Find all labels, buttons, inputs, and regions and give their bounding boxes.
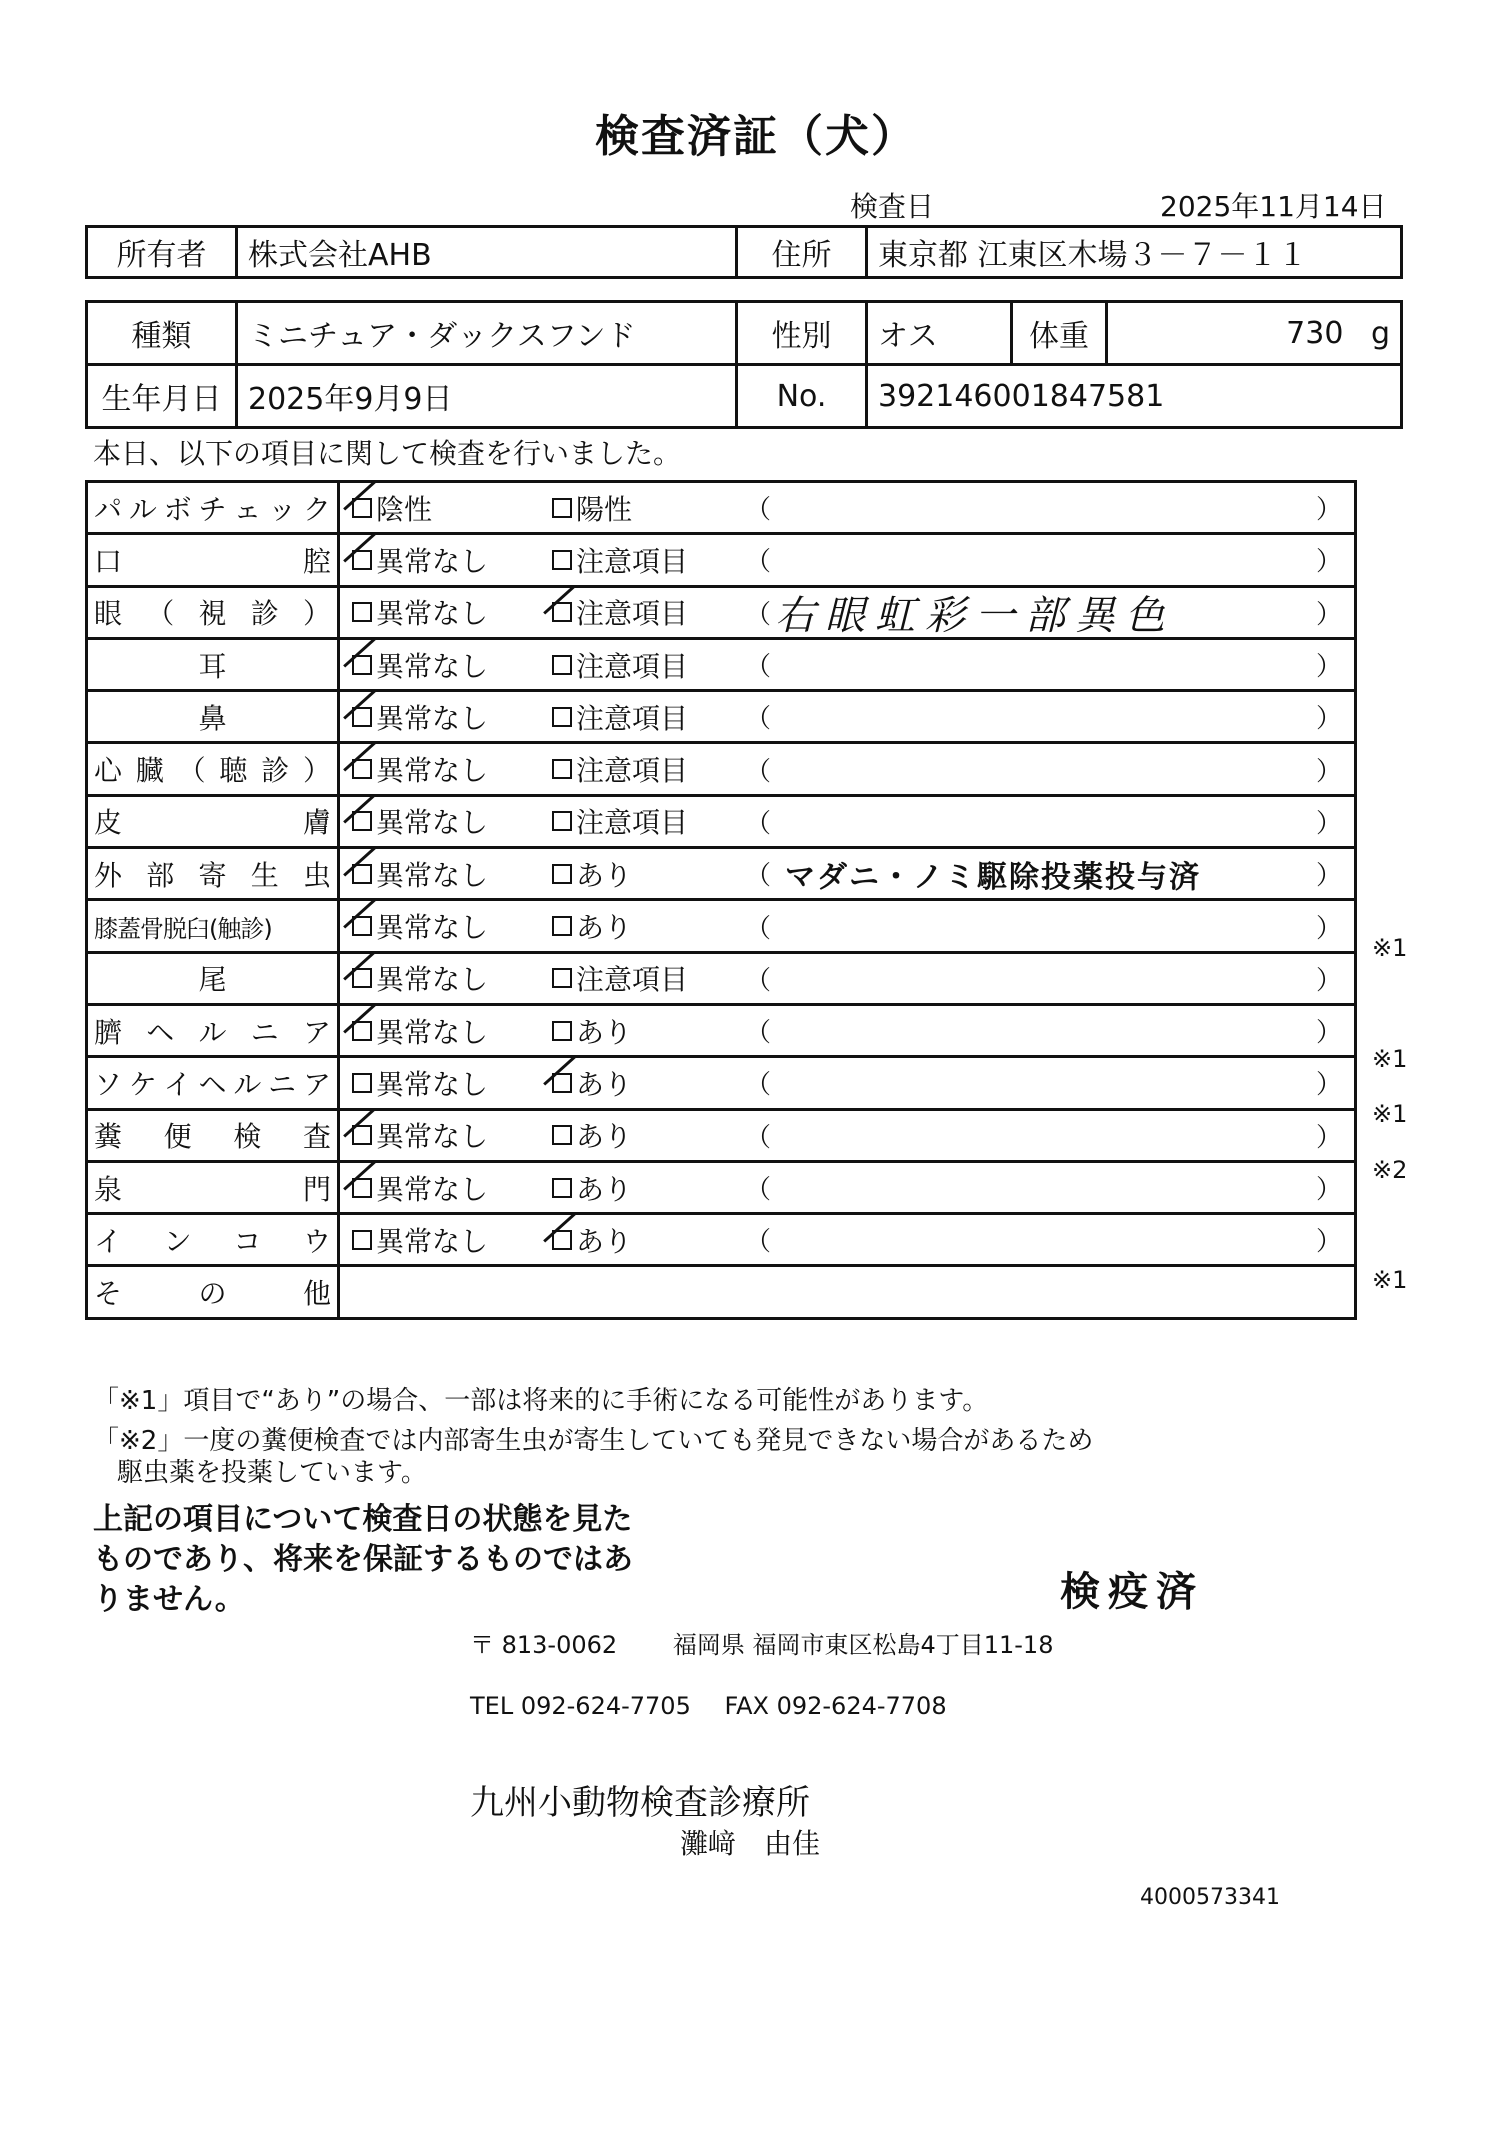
checked-box-icon[interactable] xyxy=(352,1021,372,1041)
exam-item-char: 査 xyxy=(303,1115,331,1155)
option-normal-label: 異常なし xyxy=(376,697,488,737)
exam-item-label: パルボチェック xyxy=(87,482,339,534)
footnote-mark: ※1 xyxy=(1372,934,1407,962)
option-abnormal-label: 注意項目 xyxy=(576,645,688,685)
footnote-mark: ※1 xyxy=(1372,1266,1407,1294)
option-abnormal[interactable]: 注意項目 xyxy=(552,958,688,998)
option-abnormal[interactable]: あり xyxy=(552,854,632,894)
exam-item-char: ク xyxy=(303,488,331,528)
exam-item-label: 心臓（聴診） xyxy=(87,743,339,795)
option-normal[interactable]: 異常なし xyxy=(352,801,488,841)
exam-item-char: 耳 xyxy=(198,645,226,685)
exam-item-char: 便 xyxy=(164,1115,192,1155)
owner-label: 所有者 xyxy=(87,227,237,278)
breed-label: 種類 xyxy=(87,302,237,365)
paren-open: （ xyxy=(745,541,771,578)
checkbox-icon[interactable] xyxy=(552,968,572,988)
exam-row: 外部寄生虫 異常なし あり （ マダニ・ノミ駆除投薬投与済 ） xyxy=(87,848,1356,900)
exam-result-cell: 異常なし 注意項目 （ ） xyxy=(339,691,1356,743)
exam-note: 右眼虹彩一部異色 xyxy=(775,586,1175,638)
checked-box-icon[interactable] xyxy=(352,707,372,727)
checkbox-icon[interactable] xyxy=(552,759,572,779)
footnote-2-continued: 駆虫薬を投薬しています。 xyxy=(117,1452,427,1489)
clinic-fax: FAX 092-624-7708 xyxy=(724,1692,946,1720)
option-normal[interactable]: 異常なし xyxy=(352,645,488,685)
checked-box-icon[interactable] xyxy=(352,498,372,518)
exam-result-cell: 異常なし 注意項目 （ 右眼虹彩一部異色 ） xyxy=(339,586,1356,638)
paren-close: ） xyxy=(1316,646,1342,683)
exam-result-cell: 陰性 陽性 （ ） xyxy=(339,482,1356,534)
quarantine-stamp: 検疫済 xyxy=(1060,1560,1204,1617)
exam-item-char: 眼 xyxy=(94,592,122,632)
exam-row: 皮膚 異常なし 注意項目 （ ） xyxy=(87,795,1356,847)
exam-item-char: 尾 xyxy=(198,958,226,998)
sex-label: 性別 xyxy=(737,302,867,365)
option-normal-label: 異常なし xyxy=(376,540,488,580)
exam-item-char: （ xyxy=(178,749,206,789)
exam-row-other: その他 xyxy=(87,1266,1356,1318)
option-abnormal[interactable]: あり xyxy=(552,1011,632,1051)
exam-row: 鼻 異常なし 注意項目 （ ） xyxy=(87,691,1356,743)
option-abnormal-label: あり xyxy=(576,1115,632,1155)
checked-box-icon[interactable] xyxy=(352,916,372,936)
checked-box-icon[interactable] xyxy=(352,1125,372,1145)
exam-item-label: 糞便検査 xyxy=(87,1109,339,1161)
option-normal[interactable]: 異常なし xyxy=(352,1011,488,1051)
owner-value: 株式会社AHB xyxy=(237,227,737,278)
option-normal-label: 異常なし xyxy=(376,592,488,632)
exam-row: 尾 異常なし 注意項目 （ ） xyxy=(87,952,1356,1004)
paren-close: ） xyxy=(1316,541,1342,578)
checked-box-icon[interactable] xyxy=(352,1178,372,1198)
birth-value: 2025年9月9日 xyxy=(237,365,737,428)
exam-result-cell: 異常なし 注意項目 （ ） xyxy=(339,534,1356,586)
checkbox-icon[interactable] xyxy=(552,707,572,727)
exam-row: 泉門 異常なし あり （ ） xyxy=(87,1161,1356,1213)
paren-close: ） xyxy=(1316,1012,1342,1049)
exam-row: 膝蓋骨脱臼(触診) 異常なし あり （ ） xyxy=(87,900,1356,952)
exam-result-cell: 異常なし 注意項目 （ ） xyxy=(339,638,1356,690)
clinic-address-line: 〒 813-0062 福岡県 福岡市東区松島4丁目11-18 xyxy=(470,1625,1053,1660)
clinic-zip: 〒 813-0062 xyxy=(470,1631,617,1659)
option-normal[interactable]: 異常なし xyxy=(352,854,488,894)
exam-item-char: 門 xyxy=(303,1168,331,1208)
checked-box-icon[interactable] xyxy=(352,550,372,570)
exam-item-char: 部 xyxy=(146,854,174,894)
exam-item-char: ウ xyxy=(303,1220,331,1260)
option-normal[interactable]: 異常なし xyxy=(352,749,488,789)
exam-item-label: 耳 xyxy=(87,638,339,690)
option-abnormal[interactable]: あり xyxy=(552,1168,632,1208)
exam-item-label: 膝蓋骨脱臼(触診) xyxy=(87,900,339,952)
intro-text: 本日、以下の項目に関して検査を行いました。 xyxy=(93,432,681,472)
exam-row: 心臓（聴診） 異常なし 注意項目 （ ） xyxy=(87,743,1356,795)
checkbox-icon[interactable] xyxy=(552,655,572,675)
option-normal-label: 異常なし xyxy=(376,854,488,894)
option-normal[interactable]: 異常なし xyxy=(352,1168,488,1208)
pet-table: 種類 ミニチュア・ダックスフンド 性別 オス 体重 730 g 生年月日 202… xyxy=(85,300,1403,429)
exam-item-char: 生 xyxy=(251,854,279,894)
footnote-mark: ※2 xyxy=(1372,1156,1407,1184)
option-abnormal-label: あり xyxy=(576,1063,632,1103)
exam-item-char: ） xyxy=(303,749,331,789)
exam-item-char: 心 xyxy=(94,749,122,789)
footnote-mark: ※1 xyxy=(1372,1100,1407,1128)
option-abnormal[interactable]: 陽性 xyxy=(552,488,632,528)
exam-result-cell: 異常なし あり （ ） xyxy=(339,1057,1356,1109)
paren-close: ） xyxy=(1316,855,1342,892)
exam-row: ソケイヘルニア 異常なし あり （ ） xyxy=(87,1057,1356,1109)
option-abnormal-label: あり xyxy=(576,1220,632,1260)
owner-table: 所有者 株式会社AHB 住所 東京都 江東区木場３－７－１１ xyxy=(85,225,1403,279)
exam-item-char: 寄 xyxy=(198,854,226,894)
option-normal[interactable]: 異常なし xyxy=(352,592,488,632)
exam-note: マダニ・ノミ駆除投薬投与済 xyxy=(785,852,1201,896)
no-value: 392146001847581 xyxy=(867,365,1402,428)
exam-item-label: 皮膚 xyxy=(87,795,339,847)
paren-open: （ xyxy=(745,489,771,526)
exam-table: パルボチェック 陰性 陽性 （ ）口腔 異常なし 注意項目 （ ）眼（視診） xyxy=(85,480,1357,1320)
option-abnormal-label: 注意項目 xyxy=(576,697,688,737)
exam-item-char: （ xyxy=(146,592,174,632)
exam-result-cell: 異常なし あり （ マダニ・ノミ駆除投薬投与済 ） xyxy=(339,848,1356,900)
paren-close: ） xyxy=(1316,908,1342,945)
exam-item-char: ヘ xyxy=(198,1063,226,1103)
clinic-name: 九州小動物検査診療所 xyxy=(470,1775,810,1824)
exam-item-char: 視 xyxy=(198,592,226,632)
exam-item-label: 眼（視診） xyxy=(87,586,339,638)
option-abnormal[interactable]: 注意項目 xyxy=(552,540,688,580)
paren-open: （ xyxy=(745,751,771,788)
paren-open: （ xyxy=(745,1064,771,1101)
option-abnormal-label: あり xyxy=(576,1168,632,1208)
option-normal[interactable]: 異常なし xyxy=(352,697,488,737)
checkbox-icon[interactable] xyxy=(352,602,372,622)
paren-open: （ xyxy=(745,646,771,683)
checked-box-icon[interactable] xyxy=(552,1073,572,1093)
weight-value: 730 xyxy=(1286,316,1343,351)
paren-open: （ xyxy=(745,1117,771,1154)
checkbox-icon[interactable] xyxy=(552,916,572,936)
option-abnormal[interactable]: 注意項目 xyxy=(552,749,688,789)
exam-item-char: 聴 xyxy=(219,749,247,789)
exam-row: パルボチェック 陰性 陽性 （ ） xyxy=(87,482,1356,534)
exam-result-cell: 異常なし あり （ ） xyxy=(339,1214,1356,1266)
exam-item-char: イ xyxy=(164,1063,192,1103)
paren-close: ） xyxy=(1316,1221,1342,1258)
option-abnormal-label: 注意項目 xyxy=(576,749,688,789)
option-abnormal-label: あり xyxy=(576,1011,632,1051)
vet-name: 灘﨑 由佳 xyxy=(680,1822,820,1862)
paren-close: ） xyxy=(1316,489,1342,526)
document-title: 検査済証（犬） xyxy=(0,100,1512,164)
checked-box-icon[interactable] xyxy=(352,968,372,988)
exam-row: 臍ヘルニア 異常なし あり （ ） xyxy=(87,1004,1356,1056)
exam-item-char: ニ xyxy=(268,1063,296,1103)
paren-close: ） xyxy=(1316,1117,1342,1154)
checked-box-icon[interactable] xyxy=(352,655,372,675)
exam-result-cell: 異常なし あり （ ） xyxy=(339,1004,1356,1056)
option-abnormal-label: 注意項目 xyxy=(576,540,688,580)
paren-close: ） xyxy=(1316,803,1342,840)
option-normal-label: 異常なし xyxy=(376,1011,488,1051)
option-abnormal[interactable]: 注意項目 xyxy=(552,645,688,685)
paren-open: （ xyxy=(745,1012,771,1049)
exam-result-cell: 異常なし 注意項目 （ ） xyxy=(339,952,1356,1004)
option-abnormal[interactable]: あり xyxy=(552,1063,632,1103)
exam-item-char: ア xyxy=(303,1011,331,1051)
checked-box-icon[interactable] xyxy=(352,759,372,779)
exam-item-char: ヘ xyxy=(146,1011,174,1051)
address-label: 住所 xyxy=(737,227,867,278)
exam-item-char: ソ xyxy=(94,1063,122,1103)
exam-item-char: 膝蓋骨脱臼(触診) xyxy=(94,909,272,944)
disclaimer: 上記の項目について検査日の状態を見たものであり、将来を保証するものではありません… xyxy=(93,1500,653,1620)
option-normal[interactable]: 陰性 xyxy=(352,488,432,528)
paren-open: （ xyxy=(745,960,771,997)
option-normal[interactable]: 異常なし xyxy=(352,1115,488,1155)
option-abnormal-label: 注意項目 xyxy=(576,592,688,632)
option-normal[interactable]: 異常なし xyxy=(352,958,488,998)
exam-item-char: 口 xyxy=(94,540,122,580)
option-normal-label: 異常なし xyxy=(376,906,488,946)
exam-row: インコウ 異常なし あり （ ） xyxy=(87,1214,1356,1266)
exam-row: 眼（視診） 異常なし 注意項目 （ 右眼虹彩一部異色 ） xyxy=(87,586,1356,638)
option-abnormal[interactable]: 注意項目 xyxy=(552,697,688,737)
other-label: その他 xyxy=(87,1266,339,1318)
option-normal-label: 陰性 xyxy=(376,488,432,528)
exam-result-cell: 異常なし あり （ ） xyxy=(339,900,1356,952)
exam-item-char: ケ xyxy=(129,1063,157,1103)
checked-box-icon[interactable] xyxy=(552,602,572,622)
breed-value: ミニチュア・ダックスフンド xyxy=(237,302,737,365)
clinic-tel: TEL 092-624-7705 xyxy=(470,1692,691,1720)
option-abnormal[interactable]: あり xyxy=(552,1115,632,1155)
exam-item-char: ッ xyxy=(268,488,296,528)
option-abnormal-label: 注意項目 xyxy=(576,801,688,841)
checked-box-icon[interactable] xyxy=(352,811,372,831)
paren-close: ） xyxy=(1316,751,1342,788)
exam-item-char: ル xyxy=(233,1063,261,1103)
option-abnormal-label: あり xyxy=(576,906,632,946)
option-normal-label: 異常なし xyxy=(376,749,488,789)
exam-item-char: 鼻 xyxy=(198,697,226,737)
other-label-char: の xyxy=(198,1272,226,1312)
option-abnormal[interactable]: あり xyxy=(552,906,632,946)
birth-label: 生年月日 xyxy=(87,365,237,428)
exam-item-char: チ xyxy=(198,488,226,528)
other-label-char: そ xyxy=(94,1272,122,1312)
inspection-date-label: 検査日 xyxy=(850,185,934,225)
option-normal-label: 異常なし xyxy=(376,1115,488,1155)
exam-item-label: インコウ xyxy=(87,1214,339,1266)
clinic-contact-line: TEL 092-624-7705 FAX 092-624-7708 xyxy=(470,1692,947,1720)
paren-open: （ xyxy=(745,594,771,631)
sex-value: オス xyxy=(867,302,1012,365)
exam-result-cell: 異常なし あり （ ） xyxy=(339,1161,1356,1213)
exam-item-char: ニ xyxy=(251,1011,279,1051)
exam-item-char: 診 xyxy=(251,592,279,632)
option-normal-label: 異常なし xyxy=(376,1063,488,1103)
checked-box-icon[interactable] xyxy=(352,864,372,884)
exam-item-char: コ xyxy=(233,1220,261,1260)
option-normal-label: 異常なし xyxy=(376,645,488,685)
option-normal[interactable]: 異常なし xyxy=(352,906,488,946)
no-label: No. xyxy=(737,365,867,428)
exam-item-char: 膚 xyxy=(303,801,331,841)
exam-item-char: イ xyxy=(94,1220,122,1260)
exam-item-char: 虫 xyxy=(303,854,331,894)
option-abnormal-label: 注意項目 xyxy=(576,958,688,998)
option-normal[interactable]: 異常なし xyxy=(352,1063,488,1103)
exam-item-char: ） xyxy=(303,592,331,632)
paren-open: （ xyxy=(745,1169,771,1206)
footnote-mark: ※1 xyxy=(1372,1045,1407,1073)
option-normal[interactable]: 異常なし xyxy=(352,1220,488,1260)
exam-item-char: ボ xyxy=(164,488,192,528)
exam-item-label: 臍ヘルニア xyxy=(87,1004,339,1056)
exam-item-char: ア xyxy=(303,1063,331,1103)
exam-item-char: 皮 xyxy=(94,801,122,841)
checkbox-icon[interactable] xyxy=(552,1021,572,1041)
exam-item-char: ン xyxy=(164,1220,192,1260)
checkbox-icon[interactable] xyxy=(552,864,572,884)
paren-close: ） xyxy=(1316,698,1342,735)
exam-item-label: 泉門 xyxy=(87,1161,339,1213)
weight-unit: g xyxy=(1371,316,1390,351)
checkbox-icon[interactable] xyxy=(352,1073,372,1093)
exam-item-char: 検 xyxy=(233,1115,261,1155)
exam-item-char: ル xyxy=(129,488,157,528)
checkbox-icon[interactable] xyxy=(552,498,572,518)
footnote-1: 「※1」項目で“あり”の場合、一部は将来的に手術になる可能性があります。 xyxy=(93,1380,988,1417)
exam-result-cell: 異常なし 注意項目 （ ） xyxy=(339,743,1356,795)
exam-item-char: 外 xyxy=(94,854,122,894)
serial-number: 4000573341 xyxy=(1140,1885,1280,1910)
exam-item-label: 鼻 xyxy=(87,691,339,743)
exam-result-cell: 異常なし 注意項目 （ ） xyxy=(339,795,1356,847)
exam-item-label: 外部寄生虫 xyxy=(87,848,339,900)
option-normal[interactable]: 異常なし xyxy=(352,540,488,580)
exam-item-char: 臍 xyxy=(94,1011,122,1051)
exam-row: 糞便検査 異常なし あり （ ） xyxy=(87,1109,1356,1161)
exam-item-char: 臓 xyxy=(136,749,164,789)
exam-item-char: 腔 xyxy=(303,540,331,580)
exam-result-cell: 異常なし あり （ ） xyxy=(339,1109,1356,1161)
clinic-address: 福岡県 福岡市東区松島4丁目11-18 xyxy=(673,1631,1054,1659)
paren-open: （ xyxy=(745,698,771,735)
option-normal-label: 異常なし xyxy=(376,801,488,841)
paren-close: ） xyxy=(1316,1064,1342,1101)
option-normal-label: 異常なし xyxy=(376,1168,488,1208)
inspection-date: 2025年11月14日 xyxy=(1160,185,1387,225)
address-value: 東京都 江東区木場３－７－１１ xyxy=(867,227,1402,278)
exam-item-label: ソケイヘルニア xyxy=(87,1057,339,1109)
exam-item-char: ル xyxy=(198,1011,226,1051)
option-abnormal[interactable]: 注意項目 xyxy=(552,801,688,841)
paren-open: （ xyxy=(745,908,771,945)
exam-item-char: 糞 xyxy=(94,1115,122,1155)
checkbox-icon[interactable] xyxy=(552,1178,572,1198)
paren-close: ） xyxy=(1316,594,1342,631)
paren-open: （ xyxy=(745,803,771,840)
checkbox-icon[interactable] xyxy=(552,550,572,570)
paren-open: （ xyxy=(745,1221,771,1258)
checked-box-icon[interactable] xyxy=(552,1230,572,1250)
exam-row: 口腔 異常なし 注意項目 （ ） xyxy=(87,534,1356,586)
weight-label: 体重 xyxy=(1012,302,1107,365)
paren-open: （ xyxy=(745,855,771,892)
exam-item-char: 診 xyxy=(261,749,289,789)
option-normal-label: 異常なし xyxy=(376,1220,488,1260)
checkbox-icon[interactable] xyxy=(552,1125,572,1145)
paren-close: ） xyxy=(1316,960,1342,997)
exam-item-char: ェ xyxy=(233,488,261,528)
option-abnormal[interactable]: あり xyxy=(552,1220,632,1260)
paren-close: ） xyxy=(1316,1169,1342,1206)
option-abnormal[interactable]: 注意項目 xyxy=(552,592,688,632)
checkbox-icon[interactable] xyxy=(352,1230,372,1250)
option-abnormal-label: 陽性 xyxy=(576,488,632,528)
exam-item-char: パ xyxy=(94,488,122,528)
checkbox-icon[interactable] xyxy=(552,811,572,831)
other-label-char: 他 xyxy=(303,1272,331,1312)
other-value-field[interactable] xyxy=(339,1266,1356,1318)
exam-row: 耳 異常なし 注意項目 （ ） xyxy=(87,638,1356,690)
option-abnormal-label: あり xyxy=(576,854,632,894)
weight-cell: 730 g xyxy=(1107,302,1402,365)
exam-item-label: 尾 xyxy=(87,952,339,1004)
exam-item-label: 口腔 xyxy=(87,534,339,586)
exam-item-char: 泉 xyxy=(94,1168,122,1208)
option-normal-label: 異常なし xyxy=(376,958,488,998)
